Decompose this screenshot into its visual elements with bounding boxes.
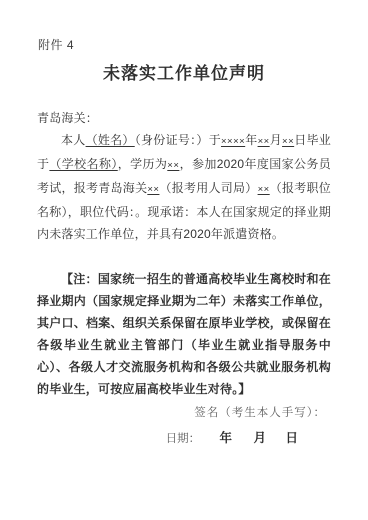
- document-body: 青岛海关： 本人（姓名）（身份证号：）于××××年××月××日毕业于（学校名称）…: [37, 107, 331, 400]
- fill-in-blank: ××: [258, 136, 270, 147]
- fill-in-blank: ××: [167, 160, 179, 171]
- body-text-segment: （身份证号：）于: [135, 133, 221, 147]
- body-text-segment: 本人: [61, 133, 86, 147]
- body-text-segment: 月: [270, 133, 282, 147]
- fill-in-blank: （学校名称）: [49, 157, 117, 171]
- date-line: 日期： 年 月 日: [0, 428, 298, 447]
- fill-in-blank: ××: [258, 184, 270, 195]
- fill-in-blank: ××: [282, 136, 294, 147]
- body-paragraph: 本人（姓名）（身份证号：）于××××年××月××日毕业于（学校名称），学历为××…: [37, 129, 331, 245]
- note-paragraph: 【注：国家统一招生的普通高校毕业生离校时和在择业期内（国家规定择业期为二年）未落…: [37, 268, 331, 400]
- body-text-segment: 年: [245, 133, 257, 147]
- date-month-label: 月: [254, 431, 267, 445]
- fill-in-blank: ××: [147, 184, 159, 195]
- fill-in-blank: ××××: [221, 136, 245, 147]
- document-title: 未落实工作单位声明: [0, 59, 368, 84]
- date-label: 日期：: [166, 433, 201, 445]
- date-year-label: 年: [220, 431, 233, 445]
- signature-label: 签名（考生本人手写）：: [0, 404, 326, 420]
- declaration-document-page: 附件 4 未落实工作单位声明 青岛海关： 本人（姓名）（身份证号：）于××××年…: [0, 0, 368, 520]
- body-text-segment: （报考用人司局）: [159, 181, 257, 195]
- salutation: 青岛海关：: [37, 107, 331, 129]
- fill-in-blank: （姓名）: [86, 133, 135, 147]
- date-day-label: 日: [285, 431, 298, 445]
- attachment-label: 附件 4: [38, 36, 74, 53]
- body-text-segment: ，学历为: [118, 157, 168, 171]
